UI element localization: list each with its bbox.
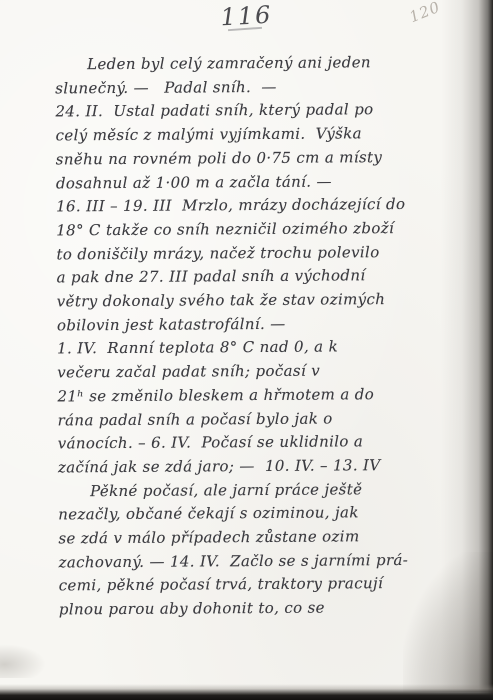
handwritten-line: to doniščily mrázy, načež trochu polevil… — [56, 240, 456, 266]
handwritten-line: zachovaný. — 14. IV. Začlo se s jarními … — [58, 548, 458, 574]
chronicle-text: Leden byl celý zamračený ani jedensluneč… — [55, 51, 459, 623]
handwritten-line: se zdá v málo případech zůstane ozim — [58, 525, 458, 551]
handwritten-line: rána padal sníh a počasí bylo jak o — [58, 406, 458, 432]
handwritten-line: 18° C takže co sníh nezničil ozimého zbo… — [56, 217, 456, 243]
handwritten-line: 21ʰ se změnilo bleskem a hřmotem a do — [57, 382, 457, 408]
handwritten-line: vánocích. – 6. IV. Počasí se uklidnilo a — [58, 430, 458, 456]
handwritten-line: dosahnul až 1·00 m a začla tání. — — [56, 169, 456, 195]
handwritten-line: 1. IV. Ranní teplota 8° C nad 0, a k — [57, 335, 457, 361]
handwritten-line: večeru začal padat sníh; počasí v — [57, 359, 457, 385]
handwritten-line: Leden byl celý zamračený ani jeden — [55, 51, 455, 77]
handwritten-line: plnou parou aby dohonit to, co se — [59, 596, 459, 622]
handwritten-line: celý měsíc z malými vyjímkami. Výška — [56, 122, 456, 148]
paper-smudge — [0, 644, 46, 678]
handwritten-line: začíná jak se zdá jaro; — 10. IV. – 13. … — [58, 454, 458, 480]
scan-bottom-edge — [0, 684, 493, 700]
handwritten-line: cemi, pěkné počasí trvá, traktory pracuj… — [59, 572, 459, 598]
handwritten-line: a pak dne 27. III padal sníh a východní — [57, 264, 457, 290]
scanned-page: 116 120 Leden byl celý zamračený ani jed… — [0, 0, 493, 700]
handwritten-line: 16. III – 19. III Mrzlo, mrázy docházejí… — [56, 193, 456, 219]
handwritten-line: 24. II. Ustal padati sníh, který padal p… — [55, 98, 455, 124]
handwritten-line: Pěkné počasí, ale jarní práce ještě — [58, 477, 458, 503]
handwritten-line: sněhu na rovném poli do 0·75 cm a místy — [56, 145, 456, 171]
handwritten-line: slunečný. — Padal sníh. — — [55, 74, 455, 100]
handwritten-line: větry dokonaly svého tak že stav ozimých — [57, 288, 457, 314]
handwritten-line: obilovin jest katastrofální. — — [57, 311, 457, 337]
handwritten-line: nezačly, občané čekají s oziminou, jak — [58, 501, 458, 527]
